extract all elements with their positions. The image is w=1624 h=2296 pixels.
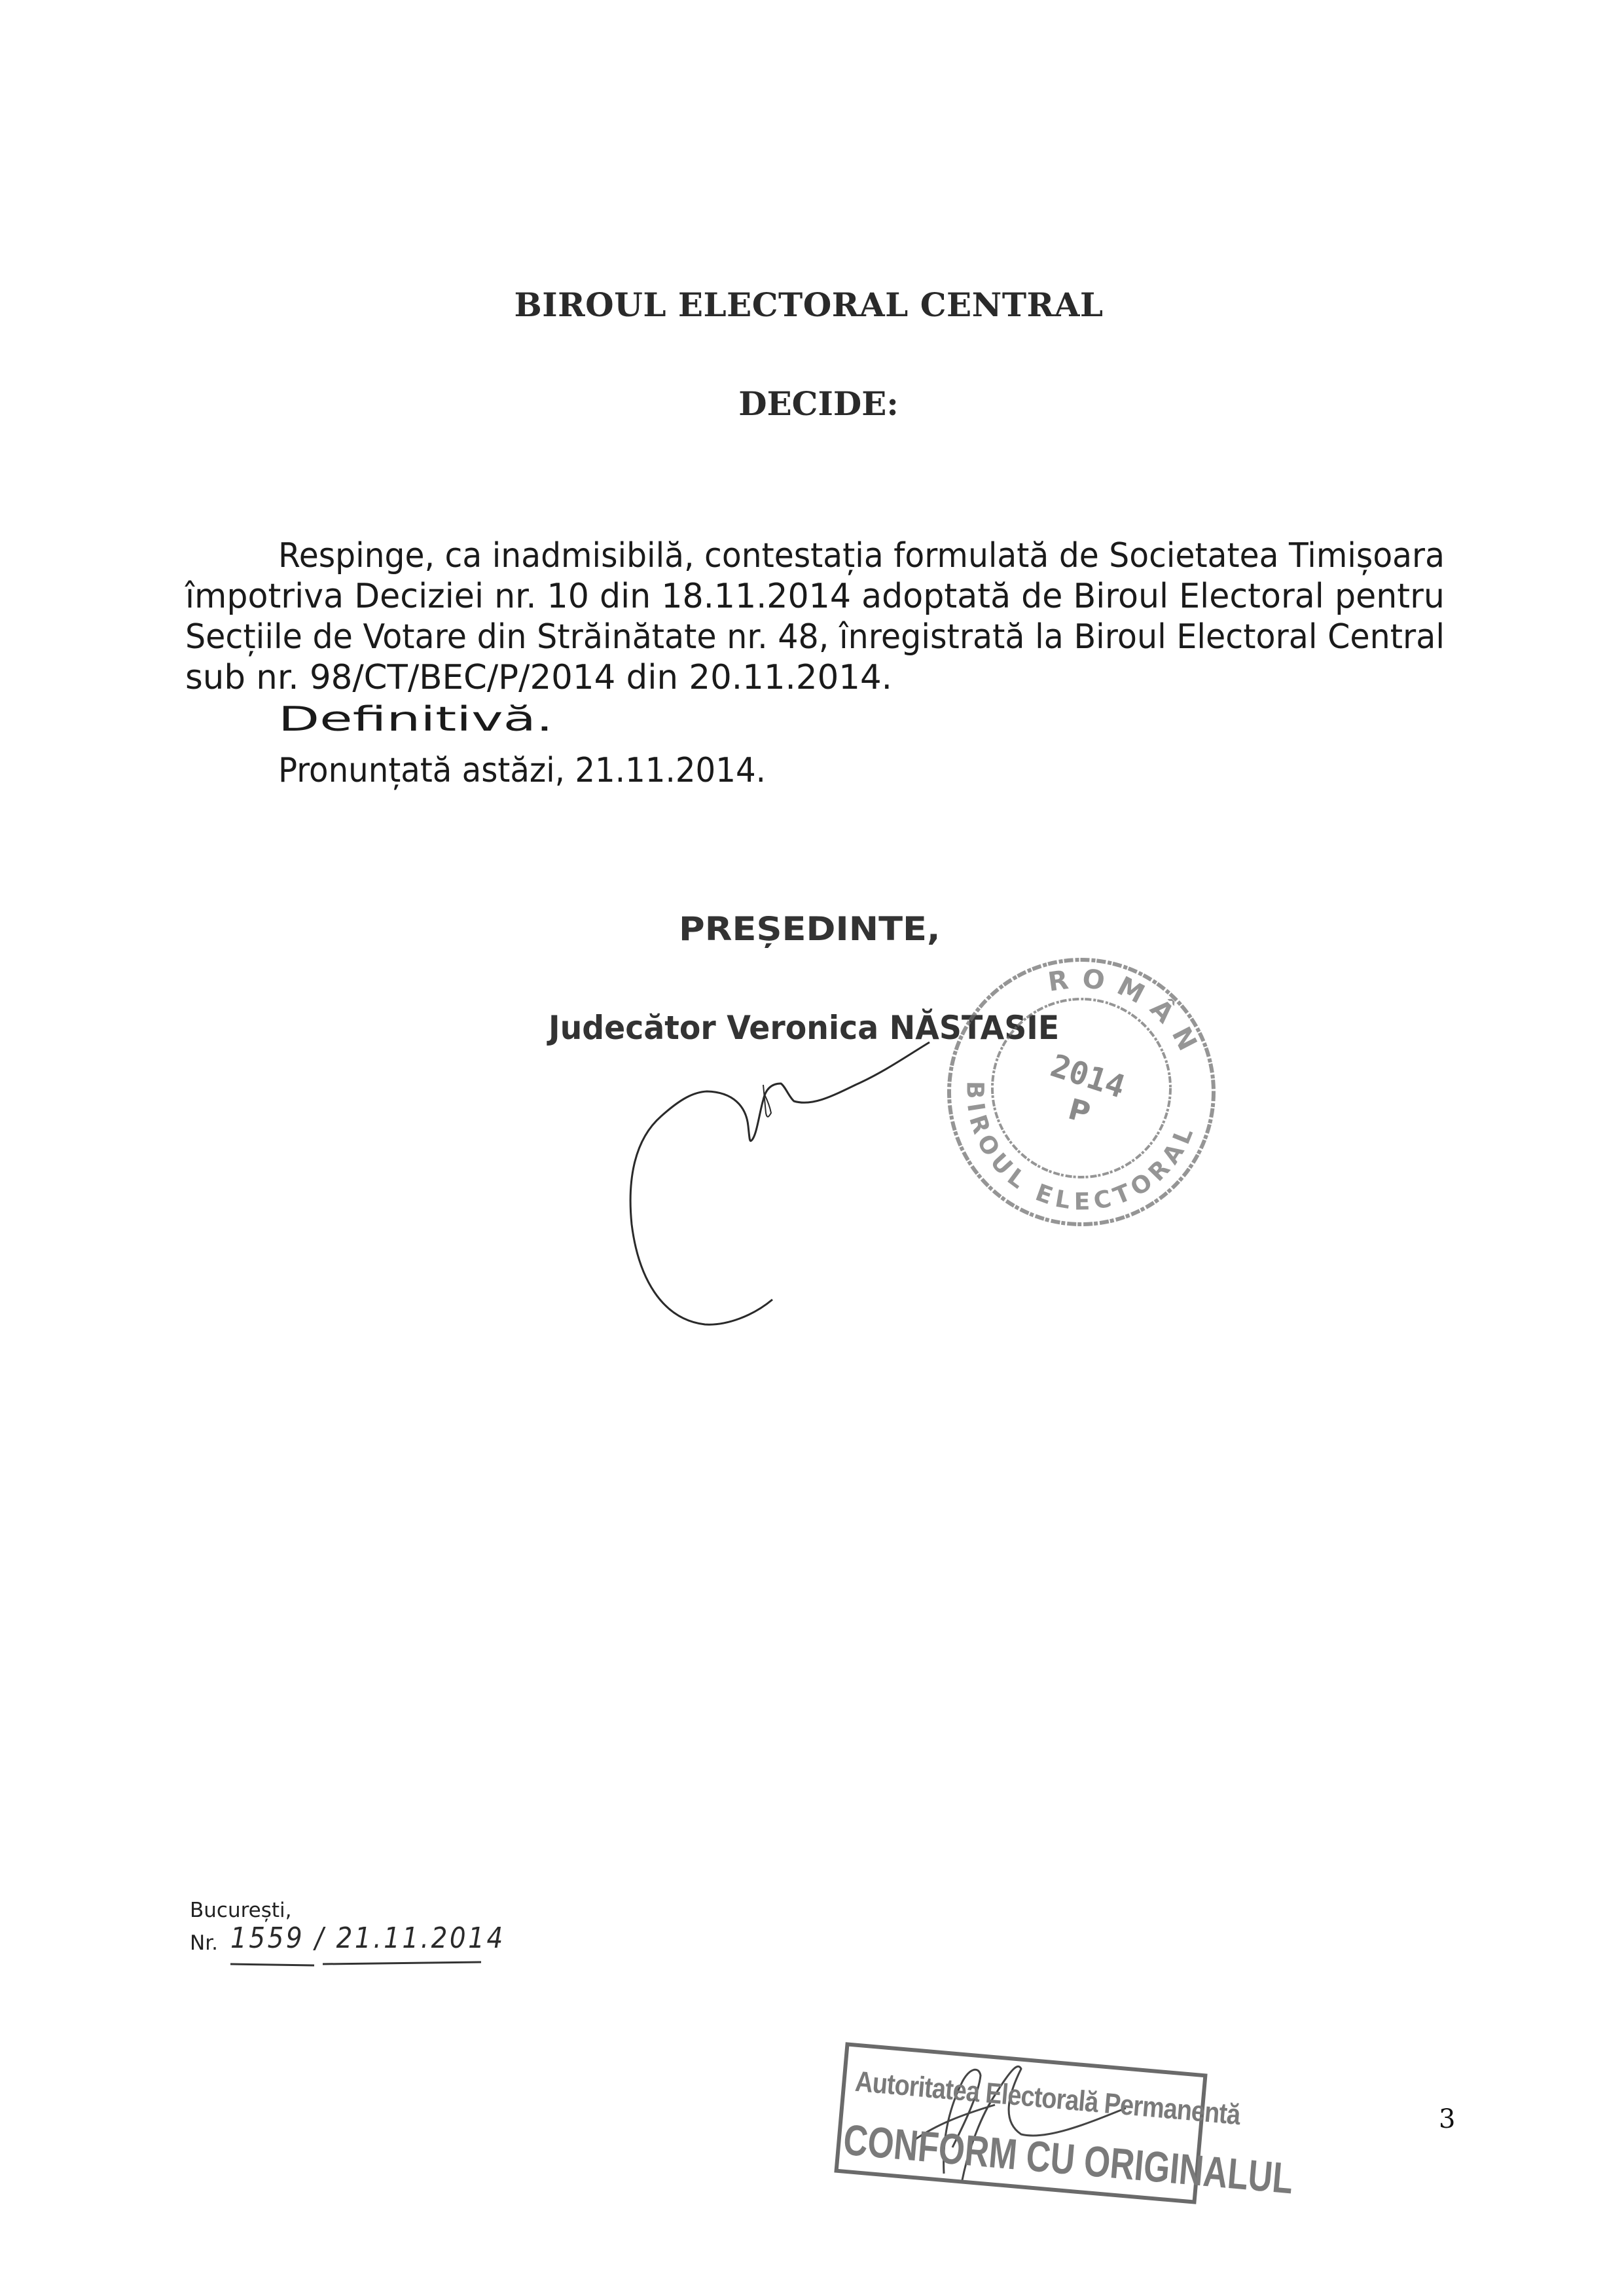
underline-date-icon <box>323 1962 481 1964</box>
document-title: BIROUL ELECTORAL CENTRAL <box>0 285 1621 324</box>
svg-text:2014: 2014 <box>1046 1048 1129 1106</box>
body-line-4: sub nr. 98/CT/BEC/P/2014 din 20.11.2014. <box>185 657 892 698</box>
page-number: 3 <box>1439 2104 1455 2134</box>
signature-icon <box>630 1042 929 1324</box>
underline-number-icon <box>230 1964 314 1965</box>
svg-text:P: P <box>1064 1093 1093 1131</box>
svg-text:ROMÂNIA: ROMÂNIA <box>0 0 1208 1066</box>
signatory-role: PREȘEDINTE, <box>679 910 941 948</box>
registration-label: Nr. <box>190 1931 218 1955</box>
body-line-1: Respinge, ca inadmisibilă, contestația f… <box>278 536 1445 576</box>
body-line-3: Secțiile de Votare din Străinătate nr. 4… <box>185 617 1445 657</box>
issue-city: București, <box>190 1899 292 1922</box>
registration-number-handwritten: 1559 / 21.11.2014 <box>230 1922 505 1955</box>
signature-stroke-icon <box>763 1085 771 1117</box>
body-line-2: împotriva Deciziei nr. 10 din 18.11.2014… <box>185 576 1445 617</box>
decision-heading: DECIDE: <box>7 384 1624 423</box>
certification-stamp: Autoritatea Electorală Permanentă CONFOR… <box>834 2042 1207 2204</box>
verdict-final: Definitivă. <box>278 699 553 740</box>
signatory-name: Judecător Veronica NĂSTASIE <box>549 1009 1059 1047</box>
pronounced-date: Pronunțată astăzi, 21.11.2014. <box>278 750 766 791</box>
